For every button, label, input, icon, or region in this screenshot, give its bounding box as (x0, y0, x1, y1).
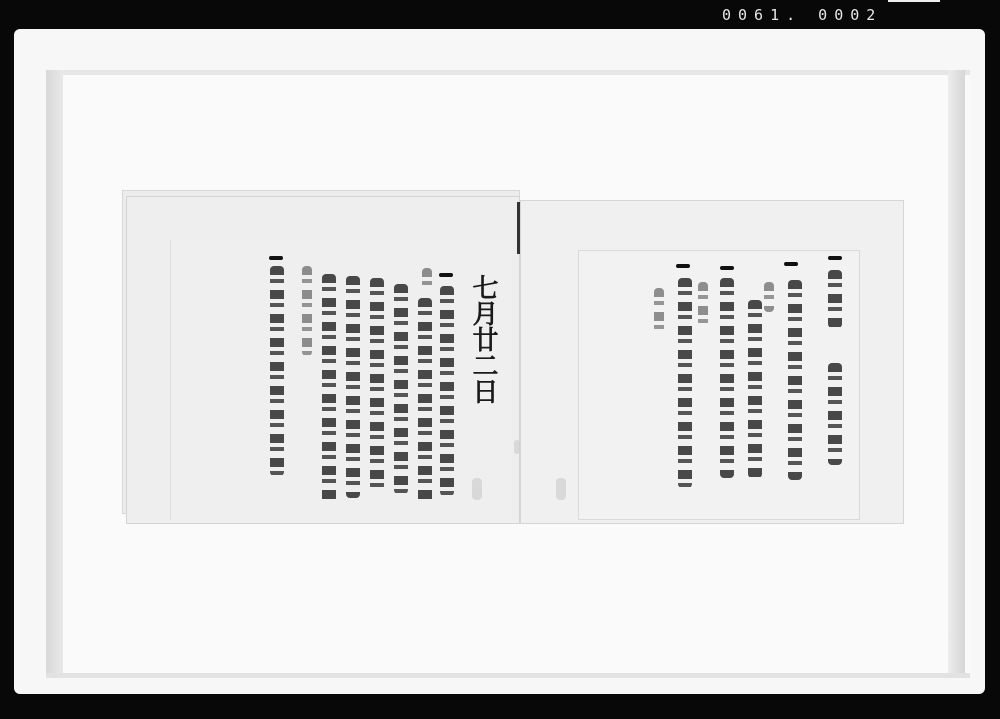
paper-stain (514, 440, 520, 454)
handwritten-column (828, 363, 842, 465)
handwritten-column (678, 278, 692, 488)
handwritten-column (346, 276, 360, 498)
handwritten-column (828, 270, 842, 328)
handwritten-column (764, 282, 774, 312)
mat-edge-left (46, 70, 63, 673)
handwritten-column (418, 298, 432, 503)
entry-marker (784, 262, 798, 266)
handwritten-column (422, 268, 432, 290)
open-manuscript: 七月廿二日 (118, 188, 908, 528)
handwritten-column (748, 300, 762, 478)
date-heading: 七月廿二日 (470, 274, 496, 404)
paper-stain (472, 478, 482, 500)
left-page-slip (170, 240, 511, 520)
handwritten-column (720, 278, 734, 478)
handwritten-column (440, 286, 454, 496)
entry-marker (269, 256, 283, 260)
right-page-slip (578, 250, 860, 520)
handwritten-column (394, 284, 408, 494)
handwritten-column (322, 274, 336, 502)
mat-edge-right (948, 70, 965, 673)
film-frame-number: 0061. 0002 (722, 6, 882, 24)
handwritten-column (788, 280, 802, 480)
handwritten-column (270, 266, 284, 476)
entry-marker (676, 264, 690, 268)
entry-marker (828, 256, 842, 260)
paper-stain (556, 478, 566, 500)
entry-marker (439, 273, 453, 277)
handwritten-column (654, 288, 664, 332)
film-edge-mark (888, 0, 940, 2)
entry-marker (720, 266, 734, 270)
handwritten-column (698, 282, 708, 326)
handwritten-column (302, 266, 312, 356)
handwritten-column (370, 278, 384, 490)
